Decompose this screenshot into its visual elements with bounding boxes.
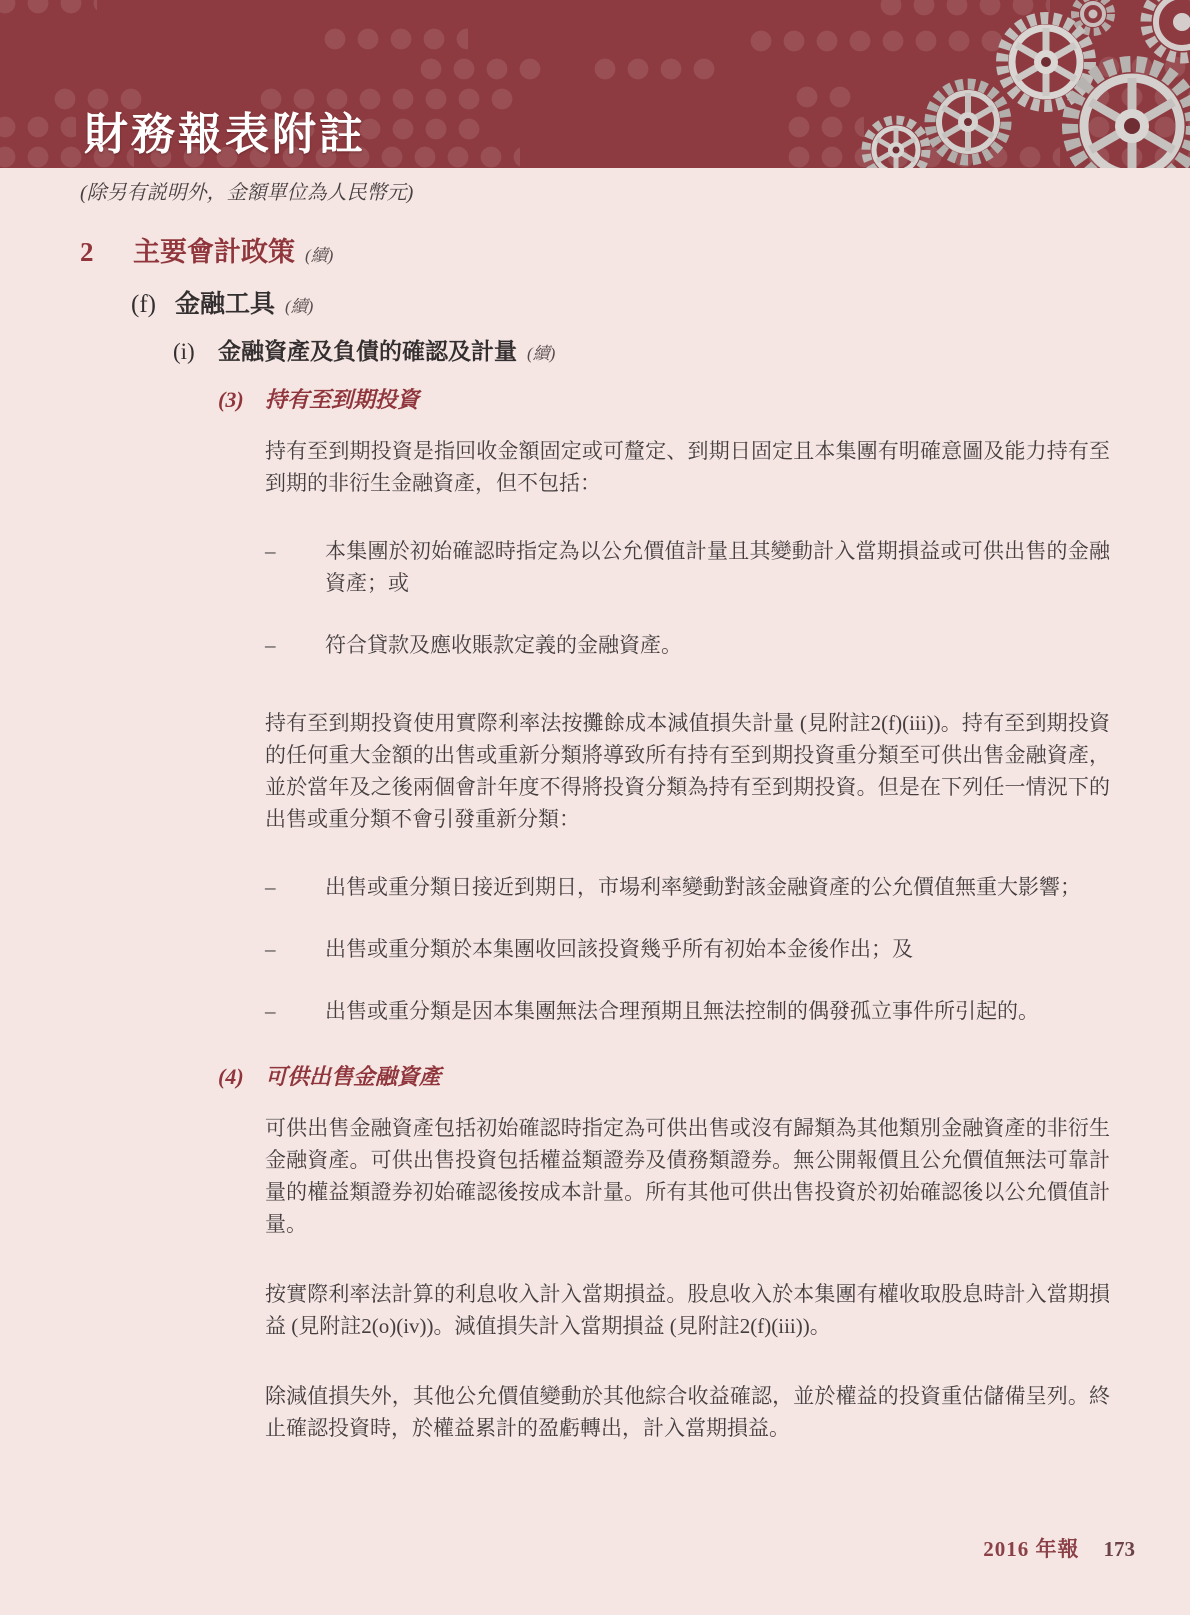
subsection-label: (i) <box>173 338 218 366</box>
page-footer: 2016 年報 173 <box>983 1533 1135 1563</box>
list-item-text: 出售或重分類於本集團收回該投資幾乎所有初始本金後作出；及 <box>325 933 1110 965</box>
part-label: (4) <box>218 1063 265 1090</box>
currency-note: (除另有説明外，金額單位為人民幣元) <box>80 180 1190 206</box>
section-number: 2 <box>80 236 133 268</box>
part-4-body: 可供出售金融資產包括初始確認時指定為可供出售或沒有歸類為其他類別金融資產的非衍生… <box>265 1112 1110 1444</box>
subsection-title: 金融工具 <box>175 290 275 320</box>
report-year-label: 2016 年報 <box>983 1533 1079 1563</box>
list-item: – 出售或重分類日接近到期日，市場利率變動對該金融資產的公允價值無重大影響； <box>265 871 1110 903</box>
paragraph: 按實際利率法計算的利息收入計入當期損益。股息收入於本集團有權收取股息時計入當期損… <box>265 1278 1110 1342</box>
list-item: – 出售或重分類是因本集團無法合理預期且無法控制的偶發孤立事件所引起的。 <box>265 995 1110 1027</box>
paragraph: 持有至到期投資使用實際利率法按攤餘成本減值損失計量 (見附註2(f)(iii))… <box>265 707 1110 835</box>
page-title: 財務報表附註 <box>84 98 366 162</box>
paragraph: 持有至到期投資是指回收金額固定或可釐定、到期日固定且本集團有明確意圖及能力持有至… <box>265 435 1110 499</box>
document-page: 財務報表附註 (除另有説明外，金額單位為人民幣元) 2 主要會計政策 (續) (… <box>0 0 1190 1615</box>
paragraph: 除減值損失外，其他公允價值變動於其他綜合收益確認，並於權益的投資重估儲備呈列。終… <box>265 1380 1110 1444</box>
bullet-dash: – <box>265 629 325 661</box>
main-content: 2 主要會計政策 (續) (f) 金融工具 (續) (i) 金融資產及負債的確認… <box>0 236 1190 1444</box>
continued-marker: (續) <box>305 240 333 272</box>
list-item-text: 出售或重分類日接近到期日，市場利率變動對該金融資產的公允價值無重大影響； <box>325 871 1110 903</box>
part-4-heading: (4) 可供出售金融資產 <box>218 1063 1110 1090</box>
paragraph: 可供出售金融資產包括初始確認時指定為可供出售或沒有歸類為其他類別金融資產的非衍生… <box>265 1112 1110 1240</box>
section-2-heading: 2 主要會計政策 (續) <box>80 236 1110 272</box>
continued-marker: (續) <box>527 340 555 368</box>
dot-pattern <box>322 26 468 52</box>
list-item: – 符合貸款及應收賬款定義的金融資產。 <box>265 629 1110 661</box>
part-3-body: 持有至到期投資是指回收金額固定或可釐定、到期日固定且本集團有明確意圖及能力持有至… <box>265 435 1110 1027</box>
list-item-text: 符合貸款及應收賬款定義的金融資產。 <box>325 629 1110 661</box>
subsection-f-heading: (f) 金融工具 (續) <box>131 290 1110 322</box>
page-header-band: 財務報表附註 <box>0 0 1190 168</box>
part-title: 持有至到期投資 <box>265 386 419 413</box>
dot-pattern <box>794 84 858 110</box>
subsection-label: (f) <box>131 290 175 320</box>
list-item: – 出售或重分類於本集團收回該投資幾乎所有初始本金後作出；及 <box>265 933 1110 965</box>
list-item-text: 本集團於初始確認時指定為以公允價值計量且其變動計入當期損益或可供出售的金融資產；… <box>325 535 1110 599</box>
bullet-dash: – <box>265 871 325 903</box>
list-item: – 本集團於初始確認時指定為以公允價值計量且其變動計入當期損益或可供出售的金融資… <box>265 535 1110 599</box>
dot-pattern <box>0 114 76 140</box>
bullet-dash: – <box>265 995 325 1027</box>
dot-pattern <box>418 56 544 82</box>
bullet-dash: – <box>265 535 325 599</box>
subsection-i-heading: (i) 金融資產及負債的確認及計量 (續) <box>173 338 1110 368</box>
bullet-dash: – <box>265 933 325 965</box>
part-title: 可供出售金融資產 <box>265 1063 441 1090</box>
gears-icon <box>850 0 1190 168</box>
dot-pattern <box>592 56 716 82</box>
list-item-text: 出售或重分類是因本集團無法合理預期且無法控制的偶發孤立事件所引起的。 <box>325 995 1110 1027</box>
page-number: 173 <box>1104 1537 1136 1562</box>
part-3-heading: (3) 持有至到期投資 <box>218 386 1110 413</box>
continued-marker: (續) <box>285 292 313 322</box>
section-title: 主要會計政策 <box>133 236 295 268</box>
part-label: (3) <box>218 386 265 413</box>
subsection-title: 金融資產及負債的確認及計量 <box>218 338 517 366</box>
dot-pattern <box>0 0 97 16</box>
